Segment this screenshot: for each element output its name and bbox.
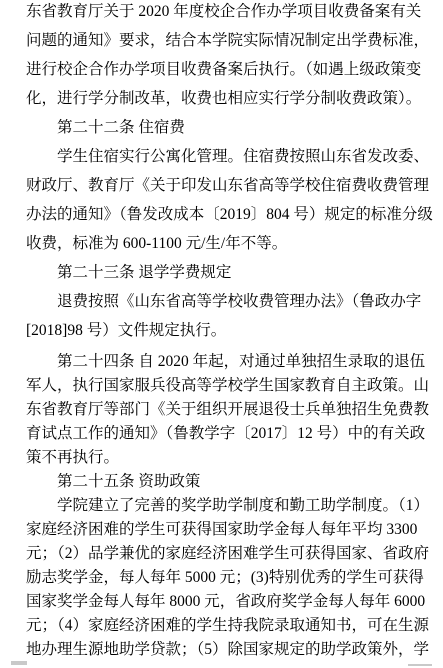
text-line: 元；（4）家庭经济困难的学生持我院录取通知书，可在生源	[26, 614, 438, 638]
cutoff-next-line-fragment-right	[408, 664, 432, 666]
text-line: 第二十二条 住宿费	[26, 113, 438, 142]
text-line: 国家奖学金每人每年 8000 元，省政府奖学金每人每年 6000	[26, 590, 438, 614]
text-line: 财政厅、教育厅《关于印发山东省高等学校住宿费收费管理	[26, 171, 438, 200]
text-line: [2018]98 号）文件规定执行。	[26, 316, 438, 345]
text-block-lower: 第二十四条 自 2020 年起，对通过单独招生录取的退伍军人，执行国家服兵役高等…	[26, 350, 438, 662]
text-line: 家庭经济困难的学生可获得国家助学金每人每年平均 3300	[26, 518, 438, 542]
document-page: 东省教育厅关于 2020 年度校企合作办学项目收费备案有关问题的通知》要求，结合…	[0, 0, 443, 668]
text-line: 进行校企合作办学项目收费备案后执行。（如遇上级政策变	[26, 55, 438, 84]
text-line: 军人，执行国家服兵役高等学校学生国家教育自主政策。山	[26, 374, 438, 398]
text-line: 地办理生源地助学贷款；（5）除国家规定的助学政策外，学	[26, 638, 438, 662]
text-line: 第二十三条 退学学费规定	[26, 258, 438, 287]
text-line: 学院建立了完善的奖学助学制度和勤工助学制度。（1）	[26, 494, 438, 518]
text-line: 办法的通知》（鲁发改成本〔2019〕804 号）规定的标准分级	[26, 200, 438, 229]
cutoff-next-line-fragment-left	[11, 661, 27, 665]
text-line: 东省教育厅关于 2020 年度校企合作办学项目收费备案有关	[26, 0, 438, 26]
text-line: 问题的通知》要求，结合本学院实际情况制定出学费标准，	[26, 26, 438, 55]
text-line: 励志奖学金，每人每年 5000 元；(3)特别优秀的学生可获得	[26, 566, 438, 590]
text-line: 策不再执行。	[26, 446, 438, 470]
text-line: 东省教育厅等部门《关于组织开展退役士兵单独招生免费教	[26, 398, 438, 422]
text-block-upper: 东省教育厅关于 2020 年度校企合作办学项目收费备案有关问题的通知》要求，结合…	[26, 0, 438, 345]
text-line: 退费按照《山东省高等学校收费管理办法》（鲁政办字	[26, 287, 438, 316]
text-line: 育试点工作的通知》（鲁教学字〔2017〕12 号）中的有关政	[26, 422, 438, 446]
text-line: 化，进行学分制改革，收费也相应实行学分制收费政策）。	[26, 84, 438, 113]
text-line: 第二十四条 自 2020 年起，对通过单独招生录取的退伍	[26, 350, 438, 374]
text-line: 元；（2）品学兼优的家庭经济困难学生可获得国家、省政府	[26, 542, 438, 566]
text-line: 学生住宿实行公寓化管理。住宿费按照山东省发改委、	[26, 142, 438, 171]
text-line: 第二十五条 资助政策	[26, 470, 438, 494]
text-line: 收费，标准为 600-1100 元/生/年不等。	[26, 229, 438, 258]
